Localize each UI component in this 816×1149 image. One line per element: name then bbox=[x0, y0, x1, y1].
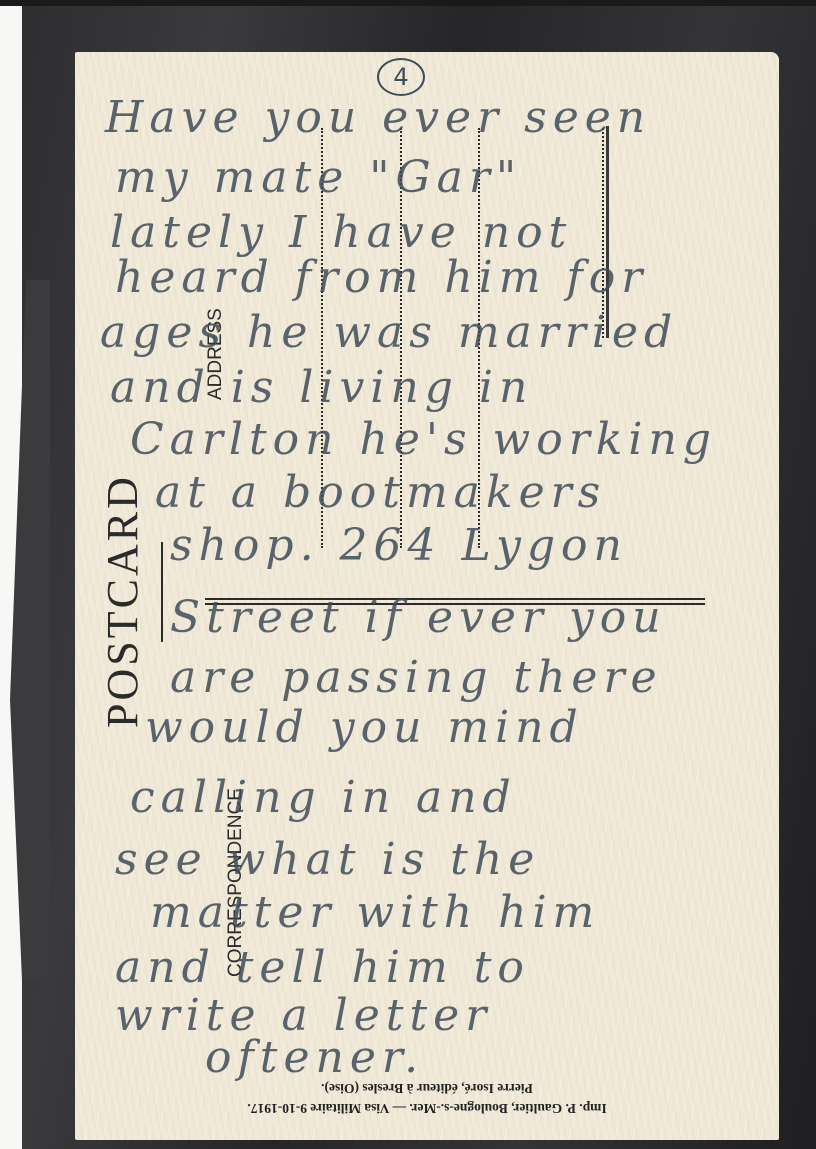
message-line: are passing there bbox=[170, 652, 663, 703]
message-line: at a bootmakers bbox=[155, 467, 606, 518]
publisher-line: Pierre Isoré, éditeur à Bresles (Oise). bbox=[75, 1078, 779, 1098]
message-line: ages he was married bbox=[100, 307, 678, 358]
torn-backing-edge bbox=[10, 280, 50, 980]
message-line: see what is the bbox=[115, 834, 540, 885]
message-line: lately I have not bbox=[110, 207, 572, 258]
message-line: heard from him for bbox=[115, 252, 648, 303]
message-line: my mate "Gar" bbox=[115, 152, 522, 203]
message-line: calling in and bbox=[130, 772, 517, 823]
postcard-back: POSTCARD ADDRESS CORRESPONDENCE 4 Have y… bbox=[75, 52, 779, 1140]
page-number-circle: 4 bbox=[377, 58, 425, 96]
message-line: shop. 264 Lygon bbox=[170, 520, 628, 571]
message-line: Have you ever seen bbox=[105, 92, 651, 143]
message-line: would you mind bbox=[145, 702, 584, 753]
message-line: Carlton he's working bbox=[130, 414, 717, 465]
message-line: and is living in bbox=[110, 362, 533, 413]
message-line: matter with him bbox=[150, 887, 600, 938]
printer-imprint: Imp. P. Gaultier, Boulogne-s.-Mer. — Vis… bbox=[75, 1068, 779, 1118]
message-line: Street if ever you bbox=[170, 592, 667, 643]
postcard-title: POSTCARD bbox=[97, 474, 148, 728]
title-rule bbox=[161, 542, 163, 642]
message-line: and tell him to bbox=[115, 942, 530, 993]
printer-line: Imp. P. Gaultier, Boulogne-s.-Mer. — Vis… bbox=[75, 1098, 779, 1118]
